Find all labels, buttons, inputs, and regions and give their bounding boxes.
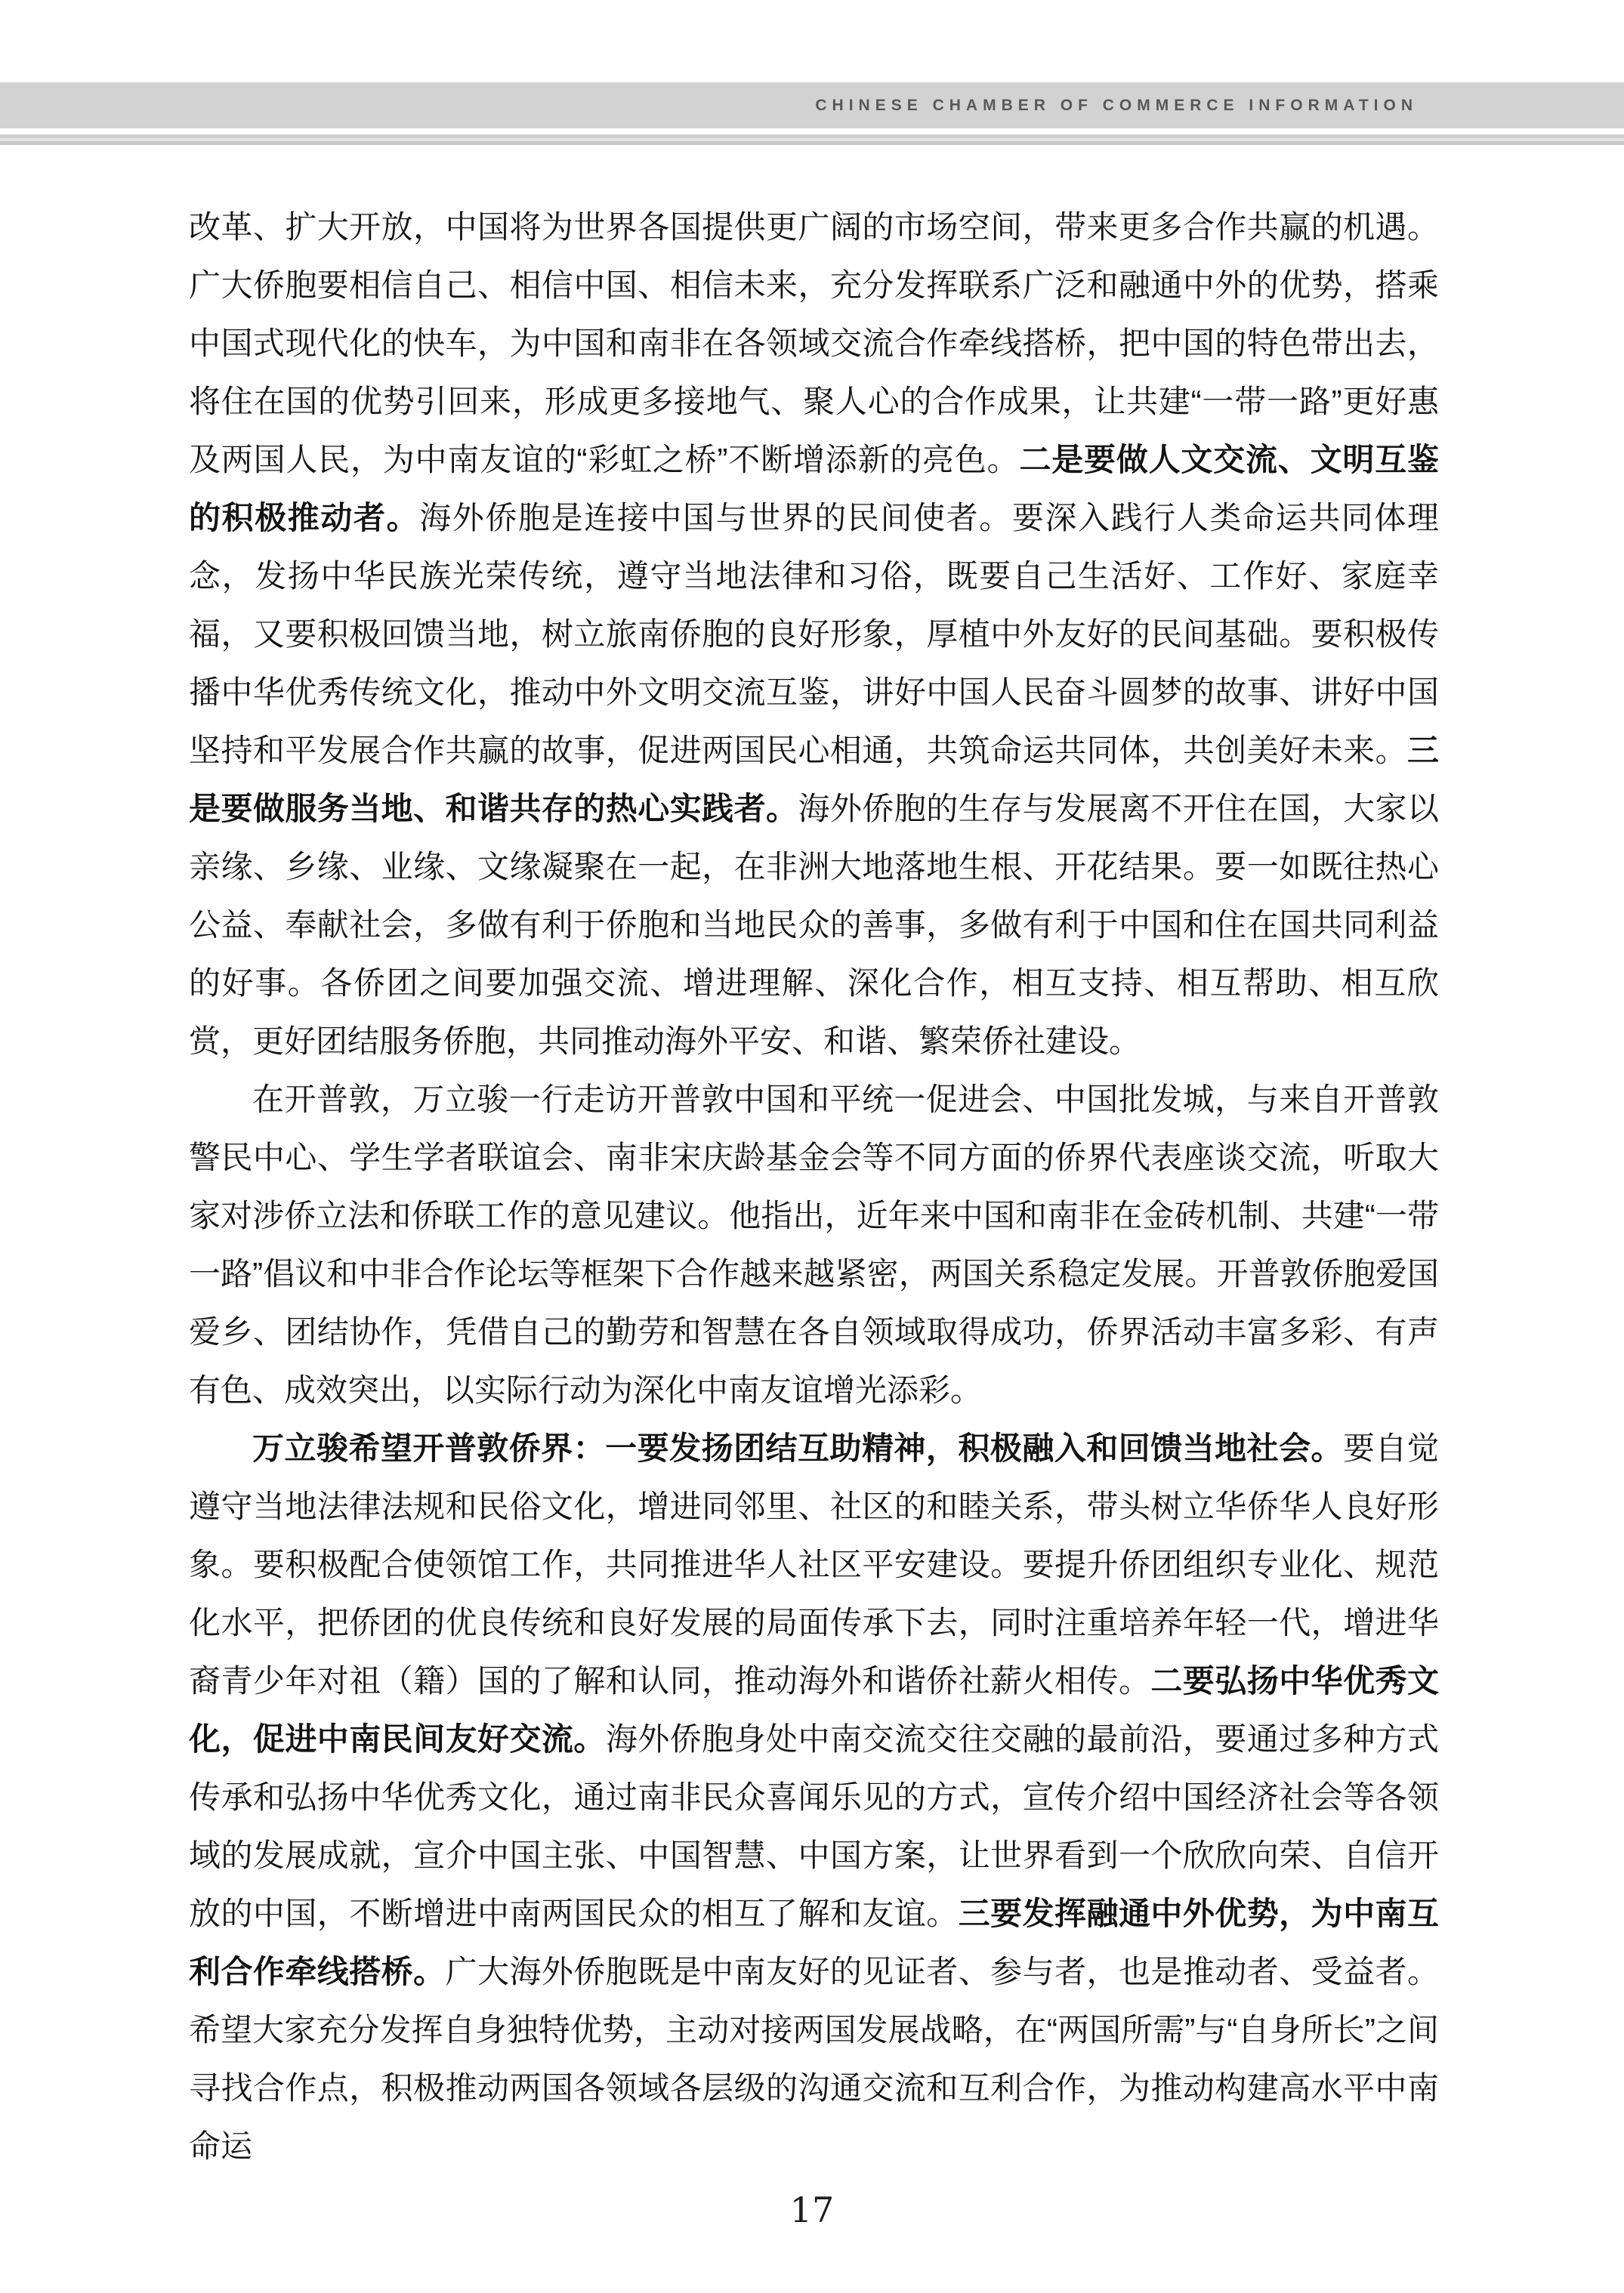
page-footer: 17	[0, 2190, 1624, 2230]
body-text-run: 改革、扩大开放，中国将为世界各国提供更广阔的市场空间，带来更多合作共赢的机遇。广…	[189, 209, 1439, 477]
body-text-run: 海外侨胞的生存与发展离不开住在国，大家以亲缘、乡缘、业缘、文缘凝聚在一起，在非洲…	[189, 791, 1439, 1059]
body-text-run: 海外侨胞是连接中国与世界的民间使者。要深入践行人类命运共同体理念，发扬中华民族光…	[189, 500, 1439, 768]
page-number: 17	[790, 2190, 835, 2230]
paragraph: 改革、扩大开放，中国将为世界各国提供更广阔的市场空间，带来更多合作共赢的机遇。广…	[189, 198, 1439, 1070]
header-divider-stripes	[0, 134, 1624, 145]
header-banner-text: CHINESE CHAMBER OF COMMERCE INFORMATION	[815, 97, 1418, 115]
body-text-run: 要自觉遵守当地法律法规和民俗文化，增进同邻里、社区的和睦关系，带头树立华侨华人良…	[189, 1430, 1439, 1699]
paragraph: 万立骏希望开普敦侨界：一要发扬团结互助精神，积极融入和回馈当地社会。要自觉遵守当…	[189, 1419, 1439, 2175]
emphasis-text-run: 万立骏希望开普敦侨界：一要发扬团结互助精神，积极融入和回馈当地社会。	[252, 1430, 1343, 1466]
divider-stripe	[0, 141, 1624, 145]
paragraph: 在开普敦，万立骏一行走访开普敦中国和平统一促进会、中国批发城，与来自开普敦警民中…	[189, 1070, 1439, 1419]
article-body: 改革、扩大开放，中国将为世界各国提供更广阔的市场空间，带来更多合作共赢的机遇。广…	[189, 198, 1439, 2175]
document-page: { "header": { "banner_text": "CHINESE CH…	[0, 0, 1624, 2293]
body-text-run: 在开普敦，万立骏一行走访开普敦中国和平统一促进会、中国批发城，与来自开普敦警民中…	[189, 1082, 1439, 1408]
header-banner: CHINESE CHAMBER OF COMMERCE INFORMATION	[0, 82, 1624, 128]
